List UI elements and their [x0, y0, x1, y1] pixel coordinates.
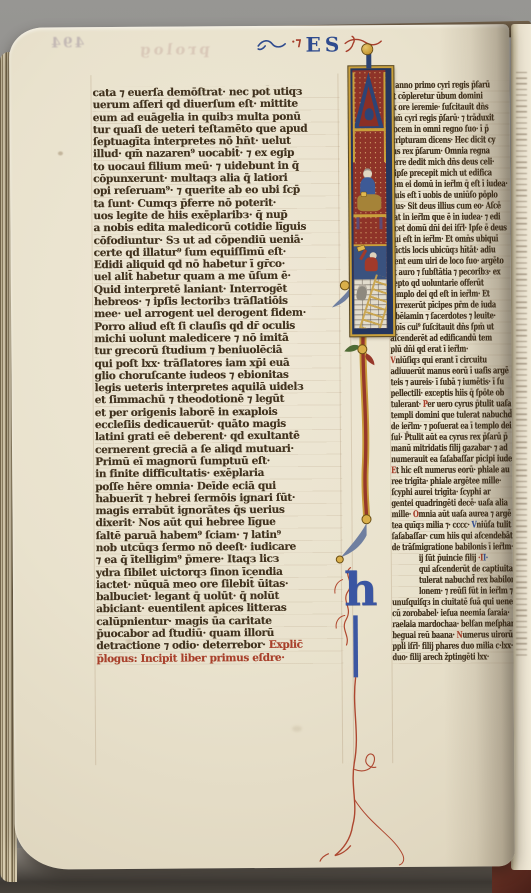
- manuscript-photo: { "palette":{"backdrop":"#8f8e8b","parch…: [0, 0, 531, 893]
- header-letter-e: E: [305, 35, 320, 55]
- header-letter-s: S: [325, 34, 340, 54]
- chapter-initial-h: h: [344, 569, 378, 609]
- parchment-stain: [292, 726, 302, 732]
- mason-tunic: [365, 257, 378, 271]
- initial-panel-interior: [352, 70, 387, 328]
- text-line: a nobis edita maledicorū cotidie līguis: [93, 221, 340, 235]
- running-header: ·⁊ E S: [257, 29, 407, 60]
- gutter-shadow: [439, 24, 515, 866]
- showthrough-ghost-word: prolog: [136, 40, 210, 59]
- gold-ball-finial: [362, 44, 372, 54]
- trefoil-arch: [365, 108, 374, 120]
- gothic-canopy: [352, 70, 386, 162]
- figure-mantle: [357, 194, 381, 211]
- gold-vessel: [361, 192, 366, 196]
- text-line: mee· uel arrogent uel derogent fidem·: [94, 307, 341, 321]
- pen-flourish-left-icon: [257, 37, 287, 53]
- pinnacle-spire: [366, 53, 371, 68]
- historiated-initial-i: [348, 66, 395, 336]
- showthrough-folio-number: 494: [49, 35, 84, 51]
- manuscript-page: 494 prolog ·⁊ E S cata ⁊ euerſa demōſtra…: [9, 24, 515, 869]
- colonnette: [383, 72, 386, 162]
- canopy-arch: [358, 86, 378, 126]
- bench-leg: [356, 217, 359, 229]
- text-line: tur quaſi de ueteri teſtamēto que apud: [93, 122, 340, 136]
- parchment-stain: [58, 151, 63, 155]
- seated-king-scene: [353, 162, 387, 244]
- canopy-base: [353, 128, 386, 131]
- temple-builders-scene: [354, 246, 388, 328]
- bench-leg: [379, 217, 382, 229]
- header-paraph: ·⁊: [291, 35, 301, 49]
- facing-page-text-blur: [516, 72, 527, 660]
